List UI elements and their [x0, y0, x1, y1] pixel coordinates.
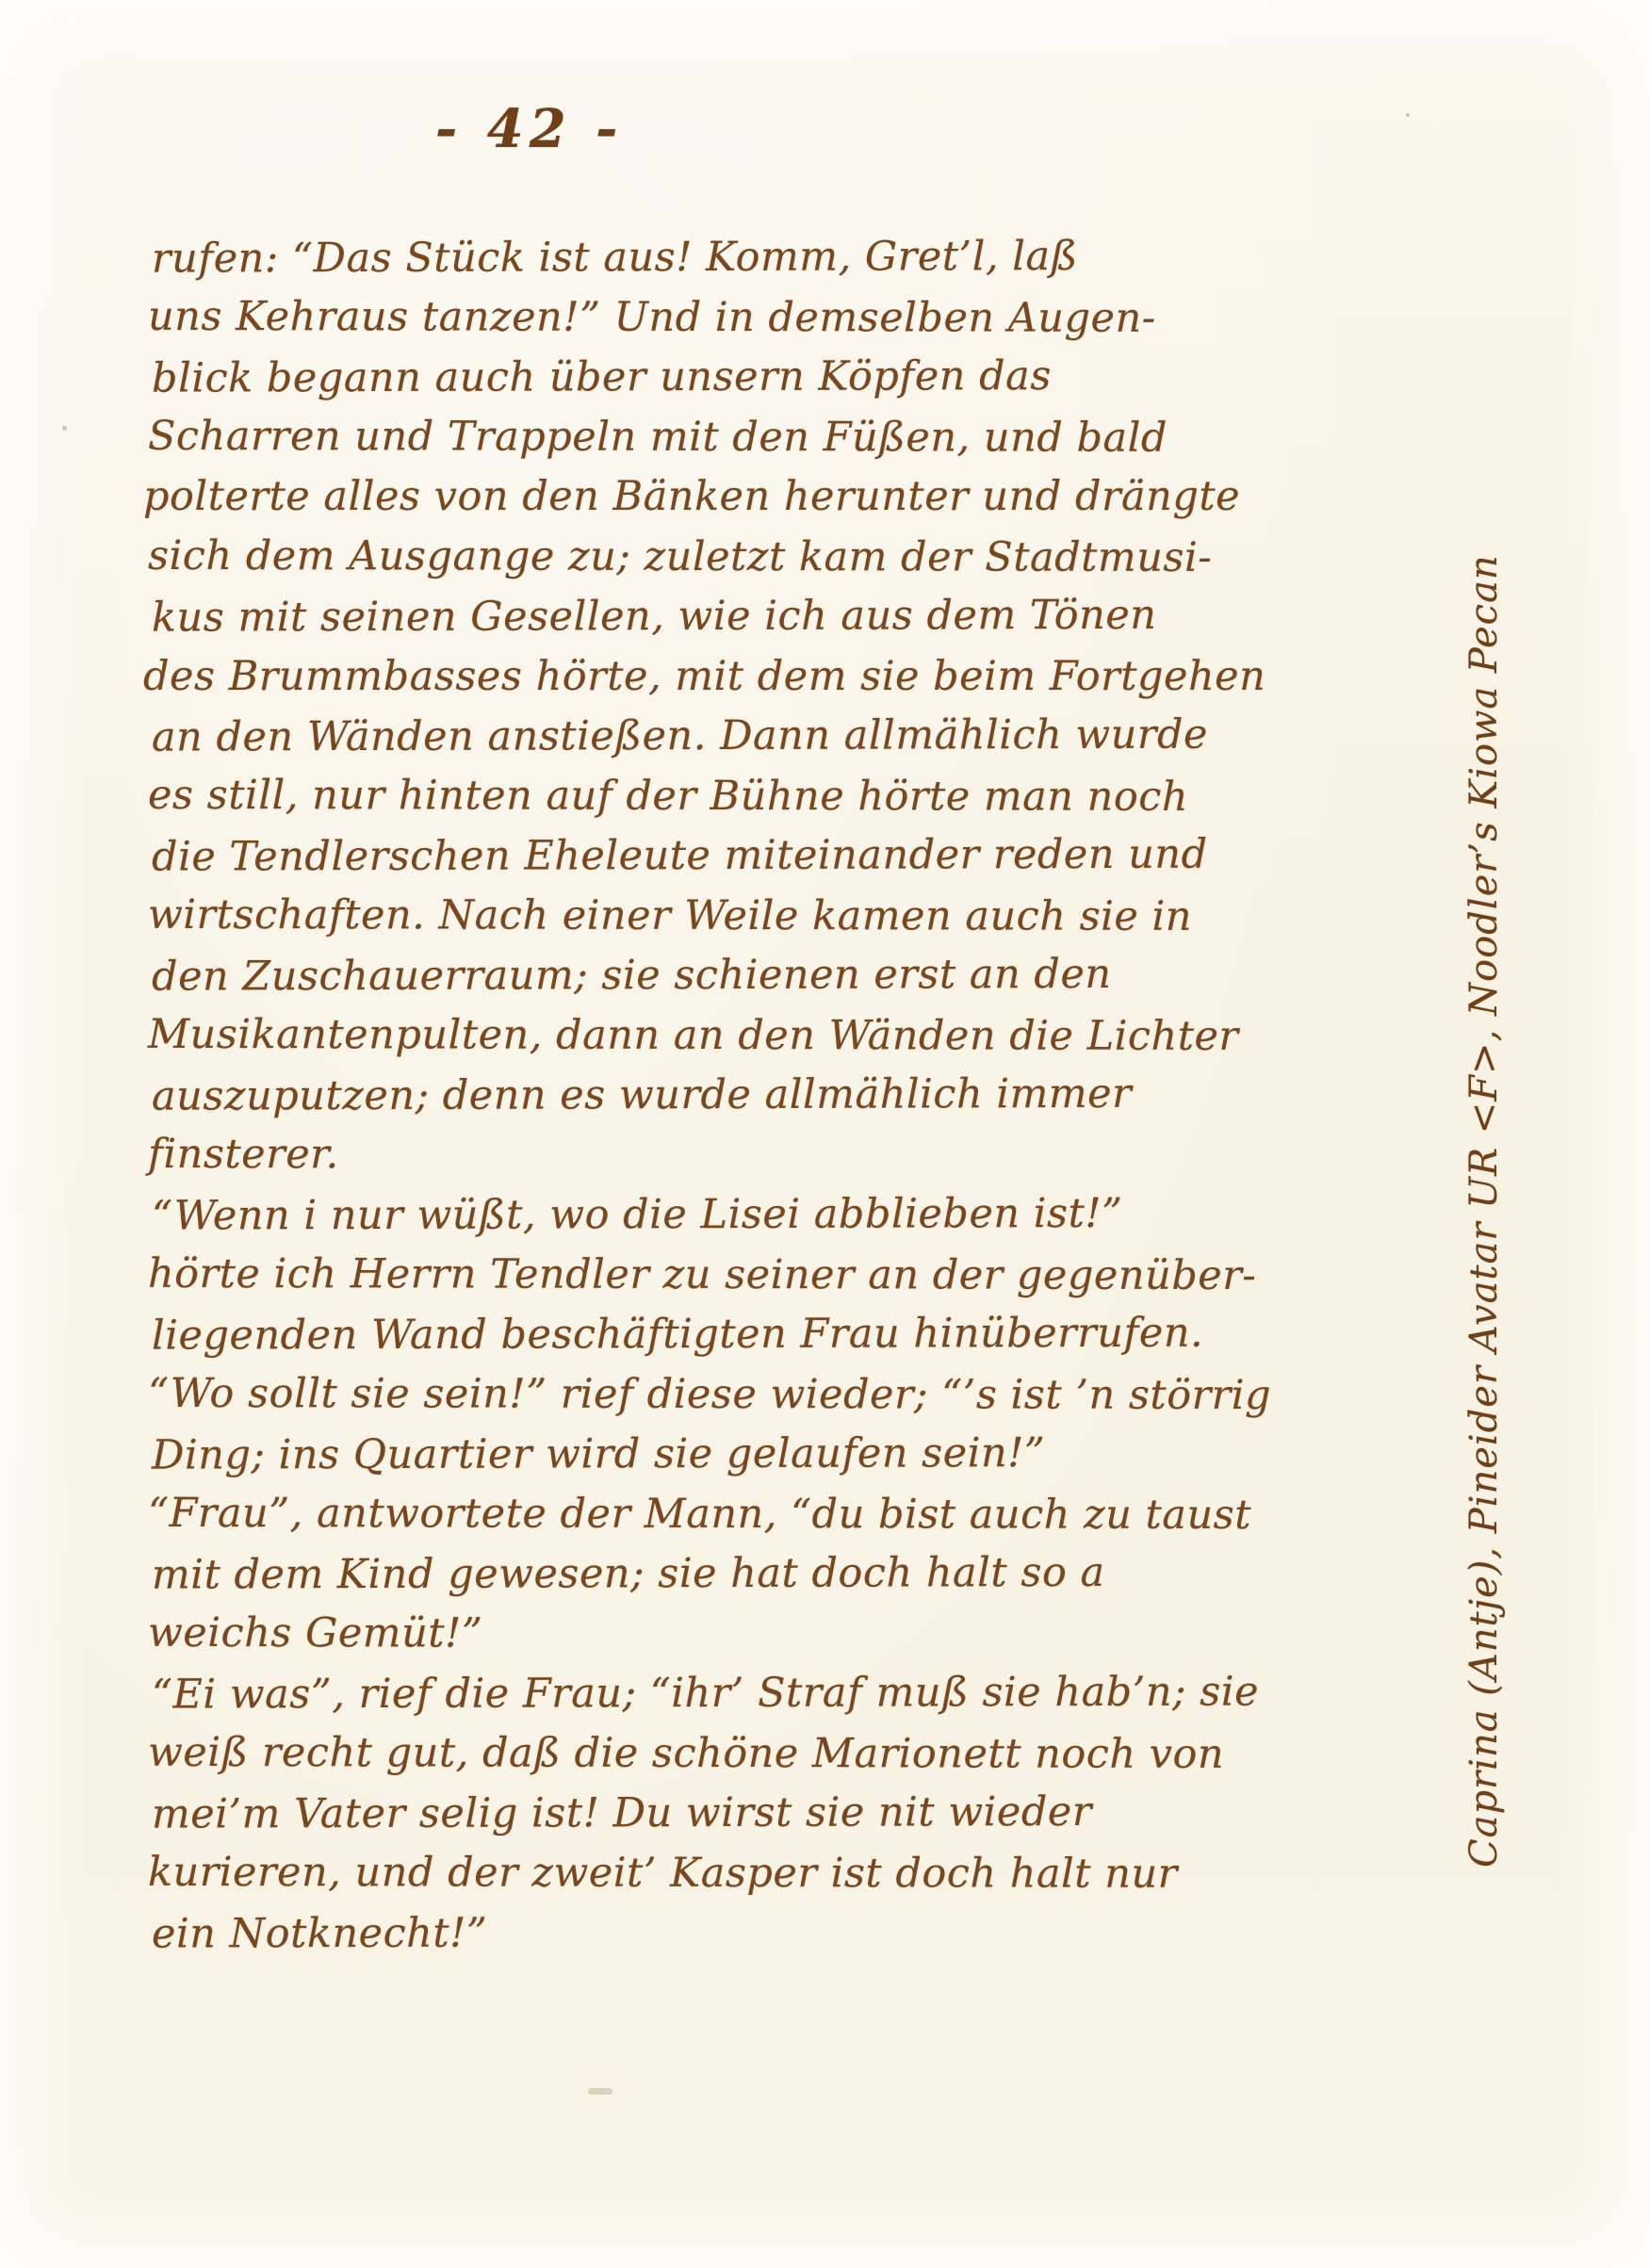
handwritten-line: “Wo sollt sie sein!” rief diese wieder; … — [148, 1363, 1298, 1426]
scan-speckle — [1406, 113, 1410, 117]
handwritten-line: Musikantenpulten, dann an den Wänden die… — [148, 1004, 1298, 1067]
scan-speckle — [588, 2088, 612, 2095]
handwritten-line: uns Kehraus tanzen!” Und in demselben Au… — [148, 286, 1298, 349]
manuscript-text-block: rufen: “Das Stück ist aus! Komm, Gret’l,… — [149, 228, 1298, 1964]
handwritten-line: “Ei was”, rief die Frau; “ihr’ Straf muß… — [152, 1662, 1301, 1725]
handwritten-line: kus mit seinen Gesellen, wie ich aus dem… — [152, 585, 1301, 648]
manuscript-page: - 42 - rufen: “Das Stück ist aus! Komm, … — [0, 0, 1649, 2268]
handwritten-line: liegenden Wand beschäftigten Frau hinübe… — [152, 1303, 1301, 1366]
handwritten-line: an den Wänden anstießen. Dann allmählich… — [152, 705, 1301, 768]
handwritten-line: Ding; ins Quartier wird sie gelaufen sei… — [152, 1423, 1301, 1486]
handwritten-line: blick begann auch über unsern Köpfen das — [152, 346, 1301, 409]
handwritten-line: “Wenn i nur wüßt, wo die Lisei abblieben… — [152, 1183, 1301, 1247]
handwritten-line: auszuputzen; denn es wurde allmählich im… — [152, 1064, 1301, 1127]
handwritten-line: polterte alles von den Bänken herunter u… — [143, 467, 1293, 528]
handwritten-line: die Tendlerschen Eheleute miteinander re… — [152, 824, 1301, 888]
handwritten-line: es still, nur hinten auf der Bühne hörte… — [148, 765, 1298, 827]
handwritten-line: rufen: “Das Stück ist aus! Komm, Gret’l,… — [152, 226, 1301, 289]
handwritten-line: Scharren und Trappeln mit den Füßen, und… — [148, 406, 1298, 468]
handwritten-line: den Zuschauerraum; sie schienen erst an … — [152, 944, 1301, 1007]
handwritten-line: finsterer. — [148, 1124, 1298, 1186]
handwritten-line: “Frau”, antwortete der Mann, “du bist au… — [148, 1483, 1298, 1545]
handwritten-line: hörte ich Herrn Tendler zu seiner an der… — [148, 1244, 1298, 1306]
handwritten-line: weichs Gemüt!” — [148, 1603, 1298, 1665]
handwritten-line: mei’m Vater selig ist! Du wirst sie nit … — [152, 1782, 1301, 1845]
handwritten-line: mit dem Kind gewesen; sie hat doch halt … — [152, 1542, 1301, 1606]
scan-speckle — [62, 426, 67, 431]
handwritten-line: ein Notknecht!” — [152, 1901, 1301, 1965]
handwritten-line: weiß recht gut, daß die schöne Marionett… — [148, 1722, 1298, 1785]
pen-and-ink-side-note: Caprina (Antje), Pineider Avatar UR <F>,… — [1462, 275, 1506, 1868]
page-number: - 42 - — [435, 98, 623, 160]
handwritten-line: sich dem Ausgange zu; zuletzt kam der St… — [148, 526, 1298, 588]
handwritten-line: wirtschaften. Nach einer Weile kamen auc… — [148, 885, 1298, 947]
handwritten-line: des Brummbasses hörte, mit dem sie beim … — [143, 647, 1293, 708]
handwritten-line: kurieren, und der zweit’ Kasper ist doch… — [148, 1842, 1298, 1904]
